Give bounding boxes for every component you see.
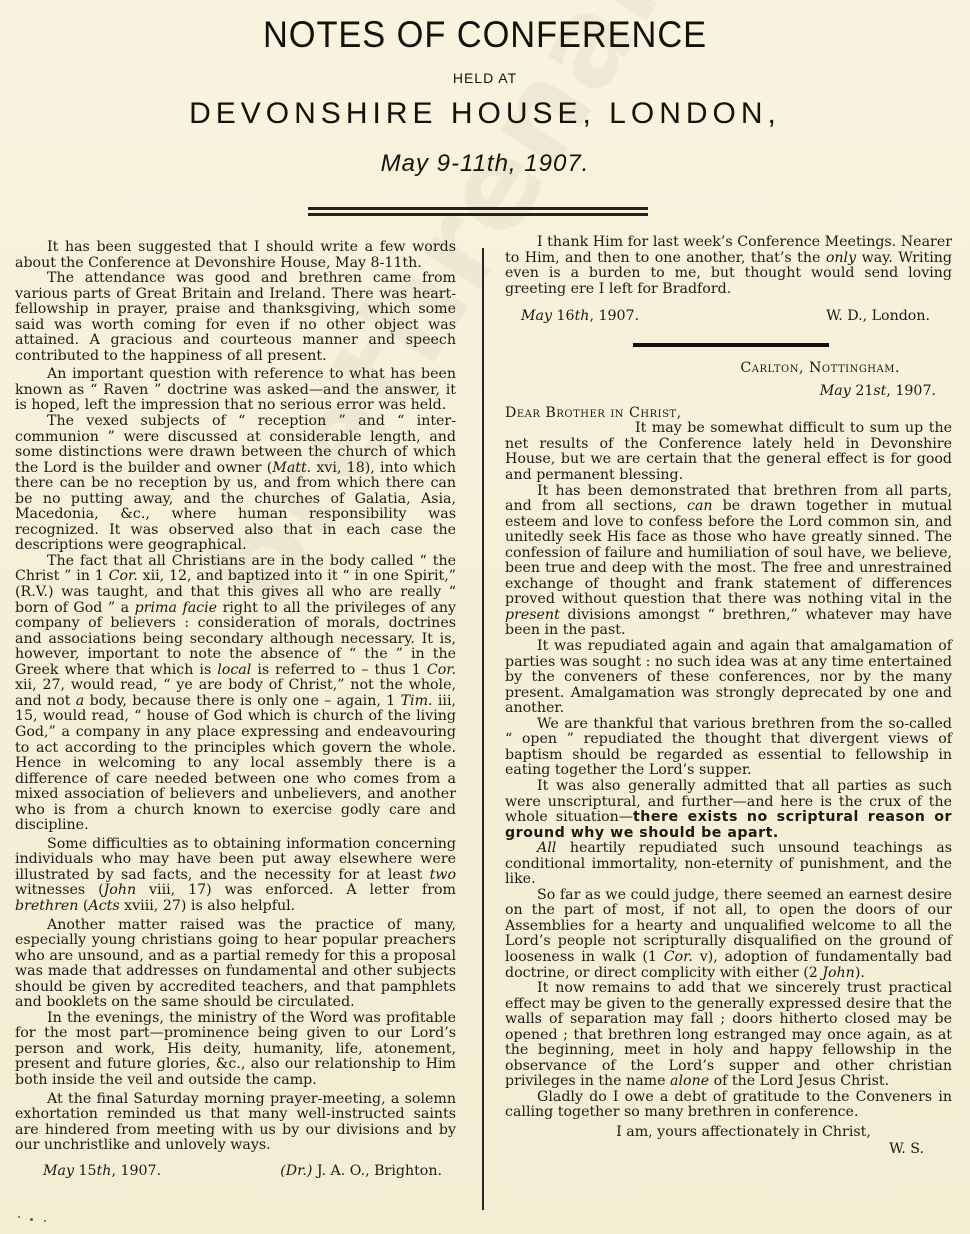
left-column: It has been suggested that I should writ… [15, 240, 456, 1179]
paragraph: The attendance was good and brethren cam… [15, 271, 456, 364]
double-rule-divider [308, 207, 648, 216]
closing-line: I am, yours affectionately in Christ, [505, 1125, 952, 1141]
paragraph: All heartily repudiated such unsound tea… [505, 841, 952, 888]
paragraph: It was repudiated again and again that a… [505, 639, 952, 717]
letter-separator-rule [633, 343, 829, 347]
paragraph: It may be somewhat difficult to sum up t… [505, 421, 952, 483]
paragraph: I thank Him for last week’s Conference M… [505, 235, 952, 297]
salutation: Dear Brother in Christ, [505, 406, 952, 422]
document-page: brethrenarchive.org NOTES OF CONFERENCE … [0, 0, 970, 1234]
paragraph: It has been demonstrated that brethren f… [505, 484, 952, 639]
paragraph: The vexed subjects of “ reception ” and … [15, 414, 456, 554]
paragraph: It now remains to add that we sincerely … [505, 981, 952, 1090]
signoff-wd: May 16th, 1907. W. D., London. [505, 309, 952, 325]
letter-date: May 21st, 1907. [505, 384, 952, 400]
paragraph: So far as we could judge, there seemed a… [505, 888, 952, 981]
signoff-author: (Dr.) J. A. O., Brighton. [280, 1164, 442, 1180]
signature: W. S. [505, 1142, 952, 1158]
signoff-date: May 16th, 1907. [521, 309, 639, 325]
paragraph: It has been suggested that I should writ… [15, 240, 456, 271]
paragraph: It was also generally admitted that all … [505, 779, 952, 841]
paragraph: We are thankful that various brethren fr… [505, 717, 952, 779]
paragraph: An important question with reference to … [15, 367, 456, 414]
paper-specks [18, 1214, 58, 1224]
column-divider [482, 248, 484, 1210]
page-title: NOTES OF CONFERENCE [34, 14, 936, 56]
held-at-label: HELD AT [0, 70, 970, 86]
paragraph: Gladly do I owe a debt of gratitude to t… [505, 1090, 952, 1121]
paragraph: Another matter raised was the practice o… [15, 918, 456, 1011]
signoff-author: W. D., London. [826, 309, 930, 325]
letter-place: Carlton, Nottingham. [505, 361, 952, 377]
conference-dates: May 9-11th, 1907. [0, 150, 970, 178]
paragraph: In the evenings, the ministry of the Wor… [15, 1011, 456, 1089]
paragraph: The fact that all Christians are in the … [15, 554, 456, 834]
paragraph: Some difficulties as to obtaining inform… [15, 837, 456, 915]
right-column: I thank Him for last week’s Conference M… [505, 235, 952, 1157]
signoff-jao: May 15th, 1907. (Dr.) J. A. O., Brighton… [15, 1164, 456, 1180]
signoff-date: May 15th, 1907. [43, 1164, 161, 1180]
venue-heading: DEVONSHIRE HOUSE, LONDON, [0, 97, 970, 131]
paragraph: At the final Saturday morning prayer-mee… [15, 1092, 456, 1154]
